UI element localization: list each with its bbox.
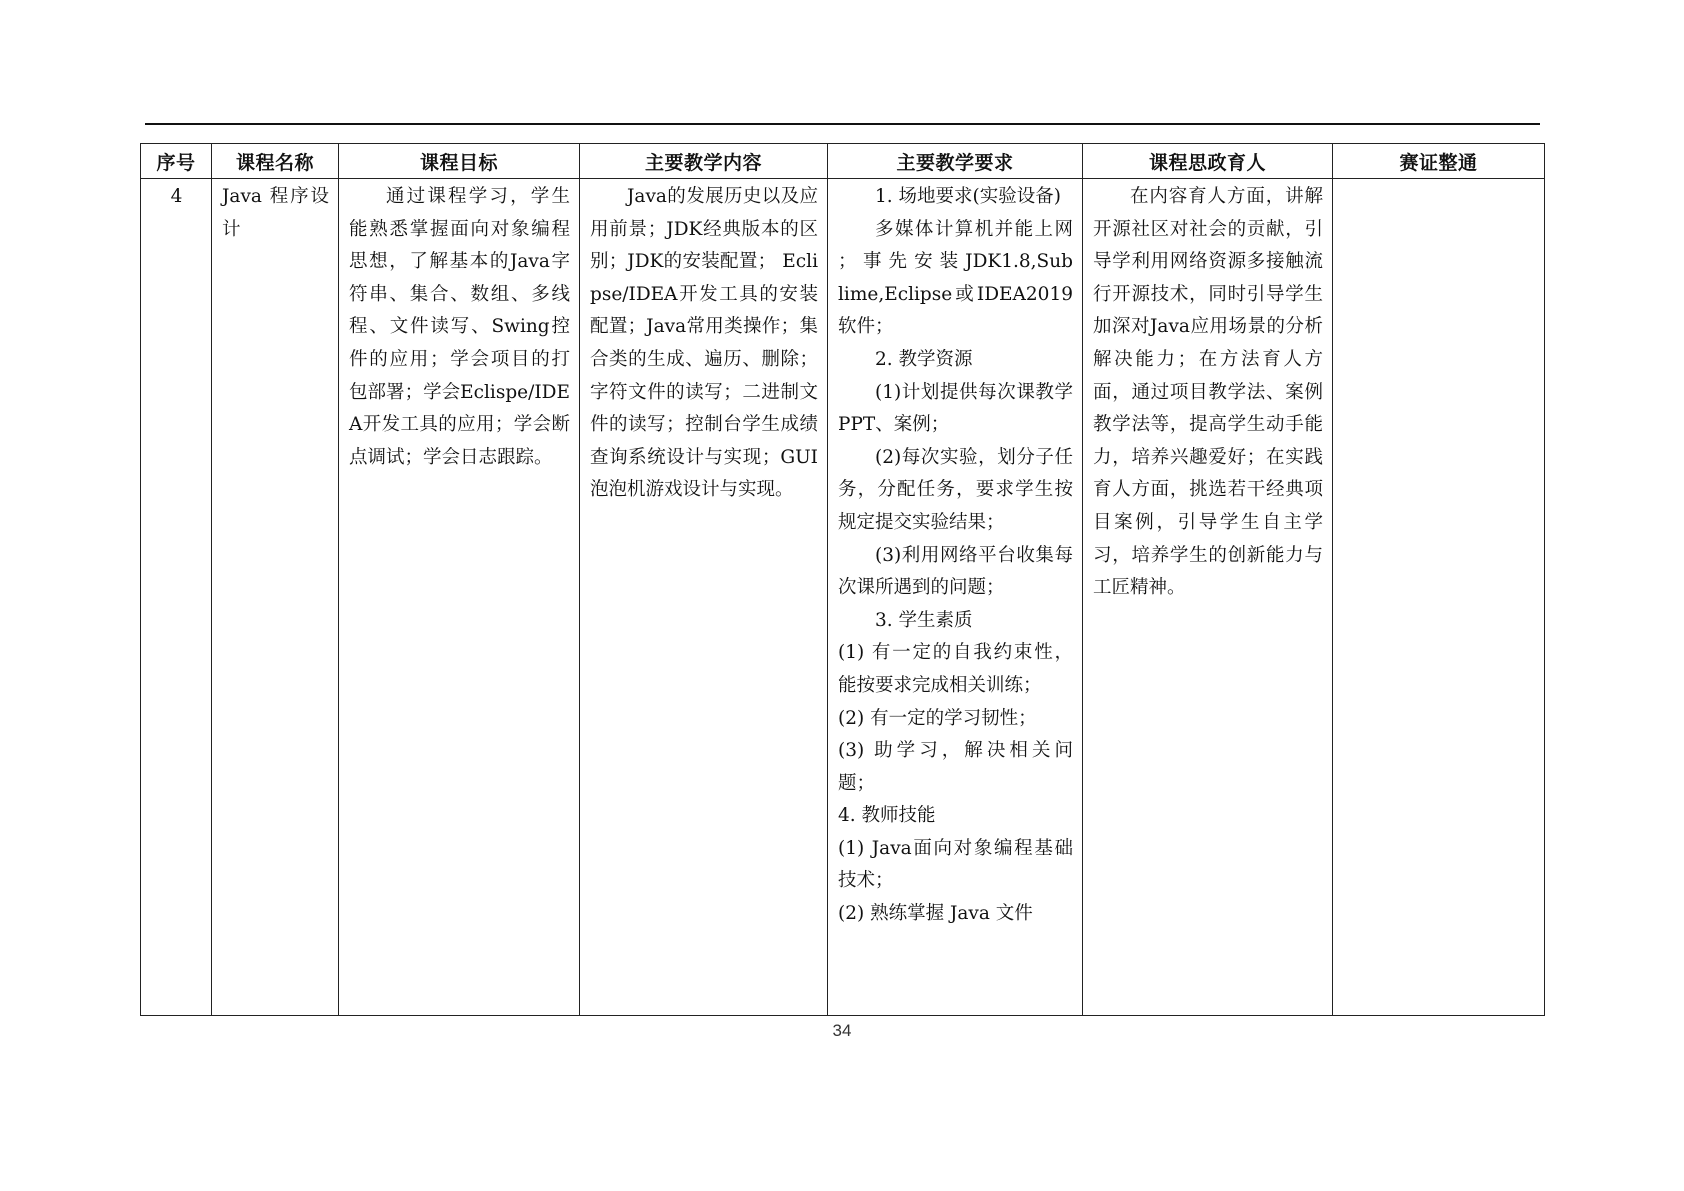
course-goal-text: 通过课程学习，学生能熟悉掌握面向对象编程思想，了解基本的Java字符串、集合、数… [349,181,570,474]
cell-no: 4 [141,179,212,1016]
header-course-goal: 课程目标 [339,144,580,179]
requirement-resource-3: (3)利用网络平台收集每次课所遇到的问题； [838,540,1073,605]
header-ideological-education: 课程思政育人 [1083,144,1333,179]
table-header-row: 序号 课程名称 课程目标 主要教学内容 主要教学要求 课程思政育人 赛证整通 [141,144,1545,179]
ideological-education-text: 在内容育人方面，讲解开源社区对社会的贡献，引导学利用网络资源多接触流行开源技术，… [1093,181,1323,605]
course-name-text: Java 程序设计 [222,181,329,246]
cell-main-content: Java的发展历史以及应用前景；JDK经典版本的区别；JDK的安装配置； Ecl… [580,179,828,1016]
requirement-student-3: (3) 助学习，解决相关问题； [838,735,1073,800]
requirement-teacher-2: (2) 熟练掌握 Java 文件 [838,898,1073,931]
requirement-heading-student: 3. 学生素质 [838,605,1073,638]
header-course-name: 课程名称 [212,144,339,179]
cell-main-requirements: 1. 场地要求(实验设备) 多媒体计算机并能上网 ； 事 先 安 装 JDK1.… [828,179,1083,1016]
header-no: 序号 [141,144,212,179]
requirement-student-2: (2) 有一定的学习韧性； [838,703,1073,736]
page-number: 34 [0,1021,1684,1041]
requirement-student-1: (1) 有一定的自我约束性，能按要求完成相关训练； [838,637,1073,702]
cell-ideological-education: 在内容育人方面，讲解开源社区对社会的贡献，引导学利用网络资源多接触流行开源技术，… [1083,179,1333,1016]
cell-competition-certificate [1333,179,1545,1016]
requirement-heading-teacher: 4. 教师技能 [838,800,1073,833]
course-table: 序号 课程名称 课程目标 主要教学内容 主要教学要求 课程思政育人 赛证整通 4… [140,143,1545,1016]
header-main-requirements: 主要教学要求 [828,144,1083,179]
requirement-resource-2: (2)每次实验，划分子任务，分配任务，要求学生按规定提交实验结果； [838,442,1073,540]
requirement-resource-1: (1)计划提供每次课教学PPT、案例； [838,377,1073,442]
requirement-heading-venue: 1. 场地要求(实验设备) [838,181,1073,214]
header-competition-certificate: 赛证整通 [1333,144,1545,179]
requirement-heading-resources: 2. 教学资源 [838,344,1073,377]
requirement-venue-detail: 多媒体计算机并能上网 ； 事 先 安 装 JDK1.8,Sublime,Ecli… [838,214,1073,344]
cell-course-goal: 通过课程学习，学生能熟悉掌握面向对象编程思想，了解基本的Java字符串、集合、数… [339,179,580,1016]
cell-course-name: Java 程序设计 [212,179,339,1016]
main-content-text: Java的发展历史以及应用前景；JDK经典版本的区别；JDK的安装配置； Ecl… [590,181,818,507]
page-header-rule [145,123,1540,125]
header-main-content: 主要教学内容 [580,144,828,179]
requirement-teacher-1: (1) Java面向对象编程基础技术； [838,833,1073,898]
table-row: 4 Java 程序设计 通过课程学习，学生能熟悉掌握面向对象编程思想，了解基本的… [141,179,1545,1016]
